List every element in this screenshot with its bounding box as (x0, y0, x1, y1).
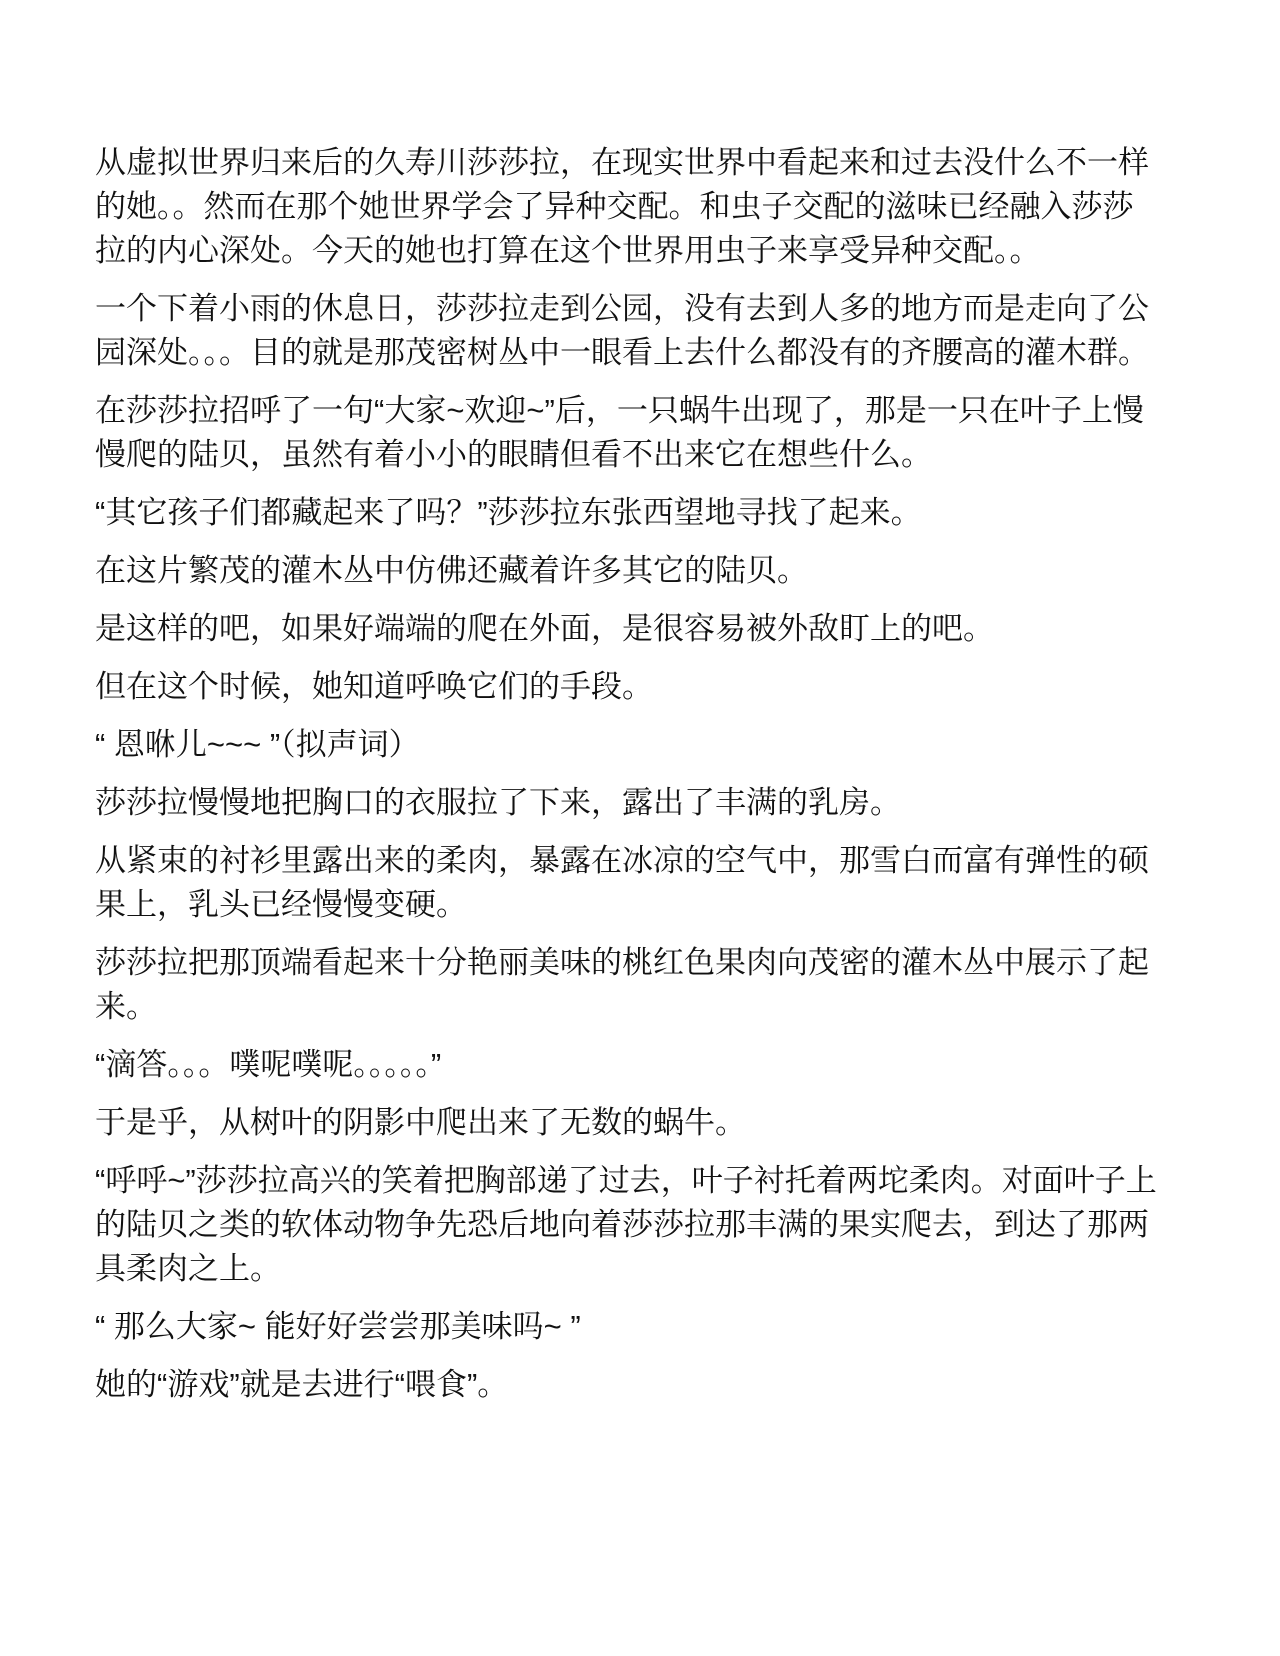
paragraph-11: 莎莎拉把那顶端看起来十分艳丽美味的桃红色果肉向茂密的灌木丛中展示了起来。 (95, 941, 1158, 1029)
paragraph-3: 在莎莎拉招呼了一句“大家~欢迎~”后，一只蜗牛出现了，那是一只在叶子上慢慢爬的陆… (95, 389, 1158, 477)
paragraph-16: 她的“游戏”就是去进行“喂食”。 (95, 1363, 1158, 1407)
paragraph-10: 从紧束的衬衫里露出来的柔肉，暴露在冰凉的空气中，那雪白而富有弹性的硕果上，乳头已… (95, 839, 1158, 927)
paragraph-7: 但在这个时候，她知道呼唤它们的手段。 (95, 665, 1158, 709)
paragraph-13: 于是乎，从树叶的阴影中爬出来了无数的蜗牛。 (95, 1101, 1158, 1145)
paragraph-2: 一个下着小雨的休息日，莎莎拉走到公园，没有去到人多的地方而是走向了公园深处。。。… (95, 287, 1158, 375)
paragraph-14: “呼呼~”莎莎拉高兴的笑着把胸部递了过去，叶子衬托着两坨柔肉。对面叶子上的陆贝之… (95, 1159, 1158, 1291)
paragraph-6: 是这样的吧，如果好端端的爬在外面，是很容易被外敌盯上的吧。 (95, 607, 1158, 651)
paragraph-9: 莎莎拉慢慢地把胸口的衣服拉了下来，露出了丰满的乳房。 (95, 781, 1158, 825)
paragraph-1: 从虚拟世界归来后的久寿川莎莎拉，在现实世界中看起来和过去没什么不一样的她。。然而… (95, 141, 1158, 273)
paragraph-12-onomatopoeia: “滴答。。。噗呢噗呢。。。。。” (95, 1043, 1158, 1087)
paragraph-5: 在这片繁茂的灌木丛中仿佛还藏着许多其它的陆贝。 (95, 549, 1158, 593)
paragraph-8-onomatopoeia: “ 恩咻儿~~~ ”（拟声词） (95, 723, 1158, 767)
paragraph-4: “其它孩子们都藏起来了吗？”莎莎拉东张西望地寻找了起来。 (95, 491, 1158, 535)
paragraph-15-dialogue: “ 那么大家~ 能好好尝尝那美味吗~ ” (95, 1305, 1158, 1349)
document-page: 从虚拟世界归来后的久寿川莎莎拉，在现实世界中看起来和过去没什么不一样的她。。然而… (0, 0, 1280, 1656)
